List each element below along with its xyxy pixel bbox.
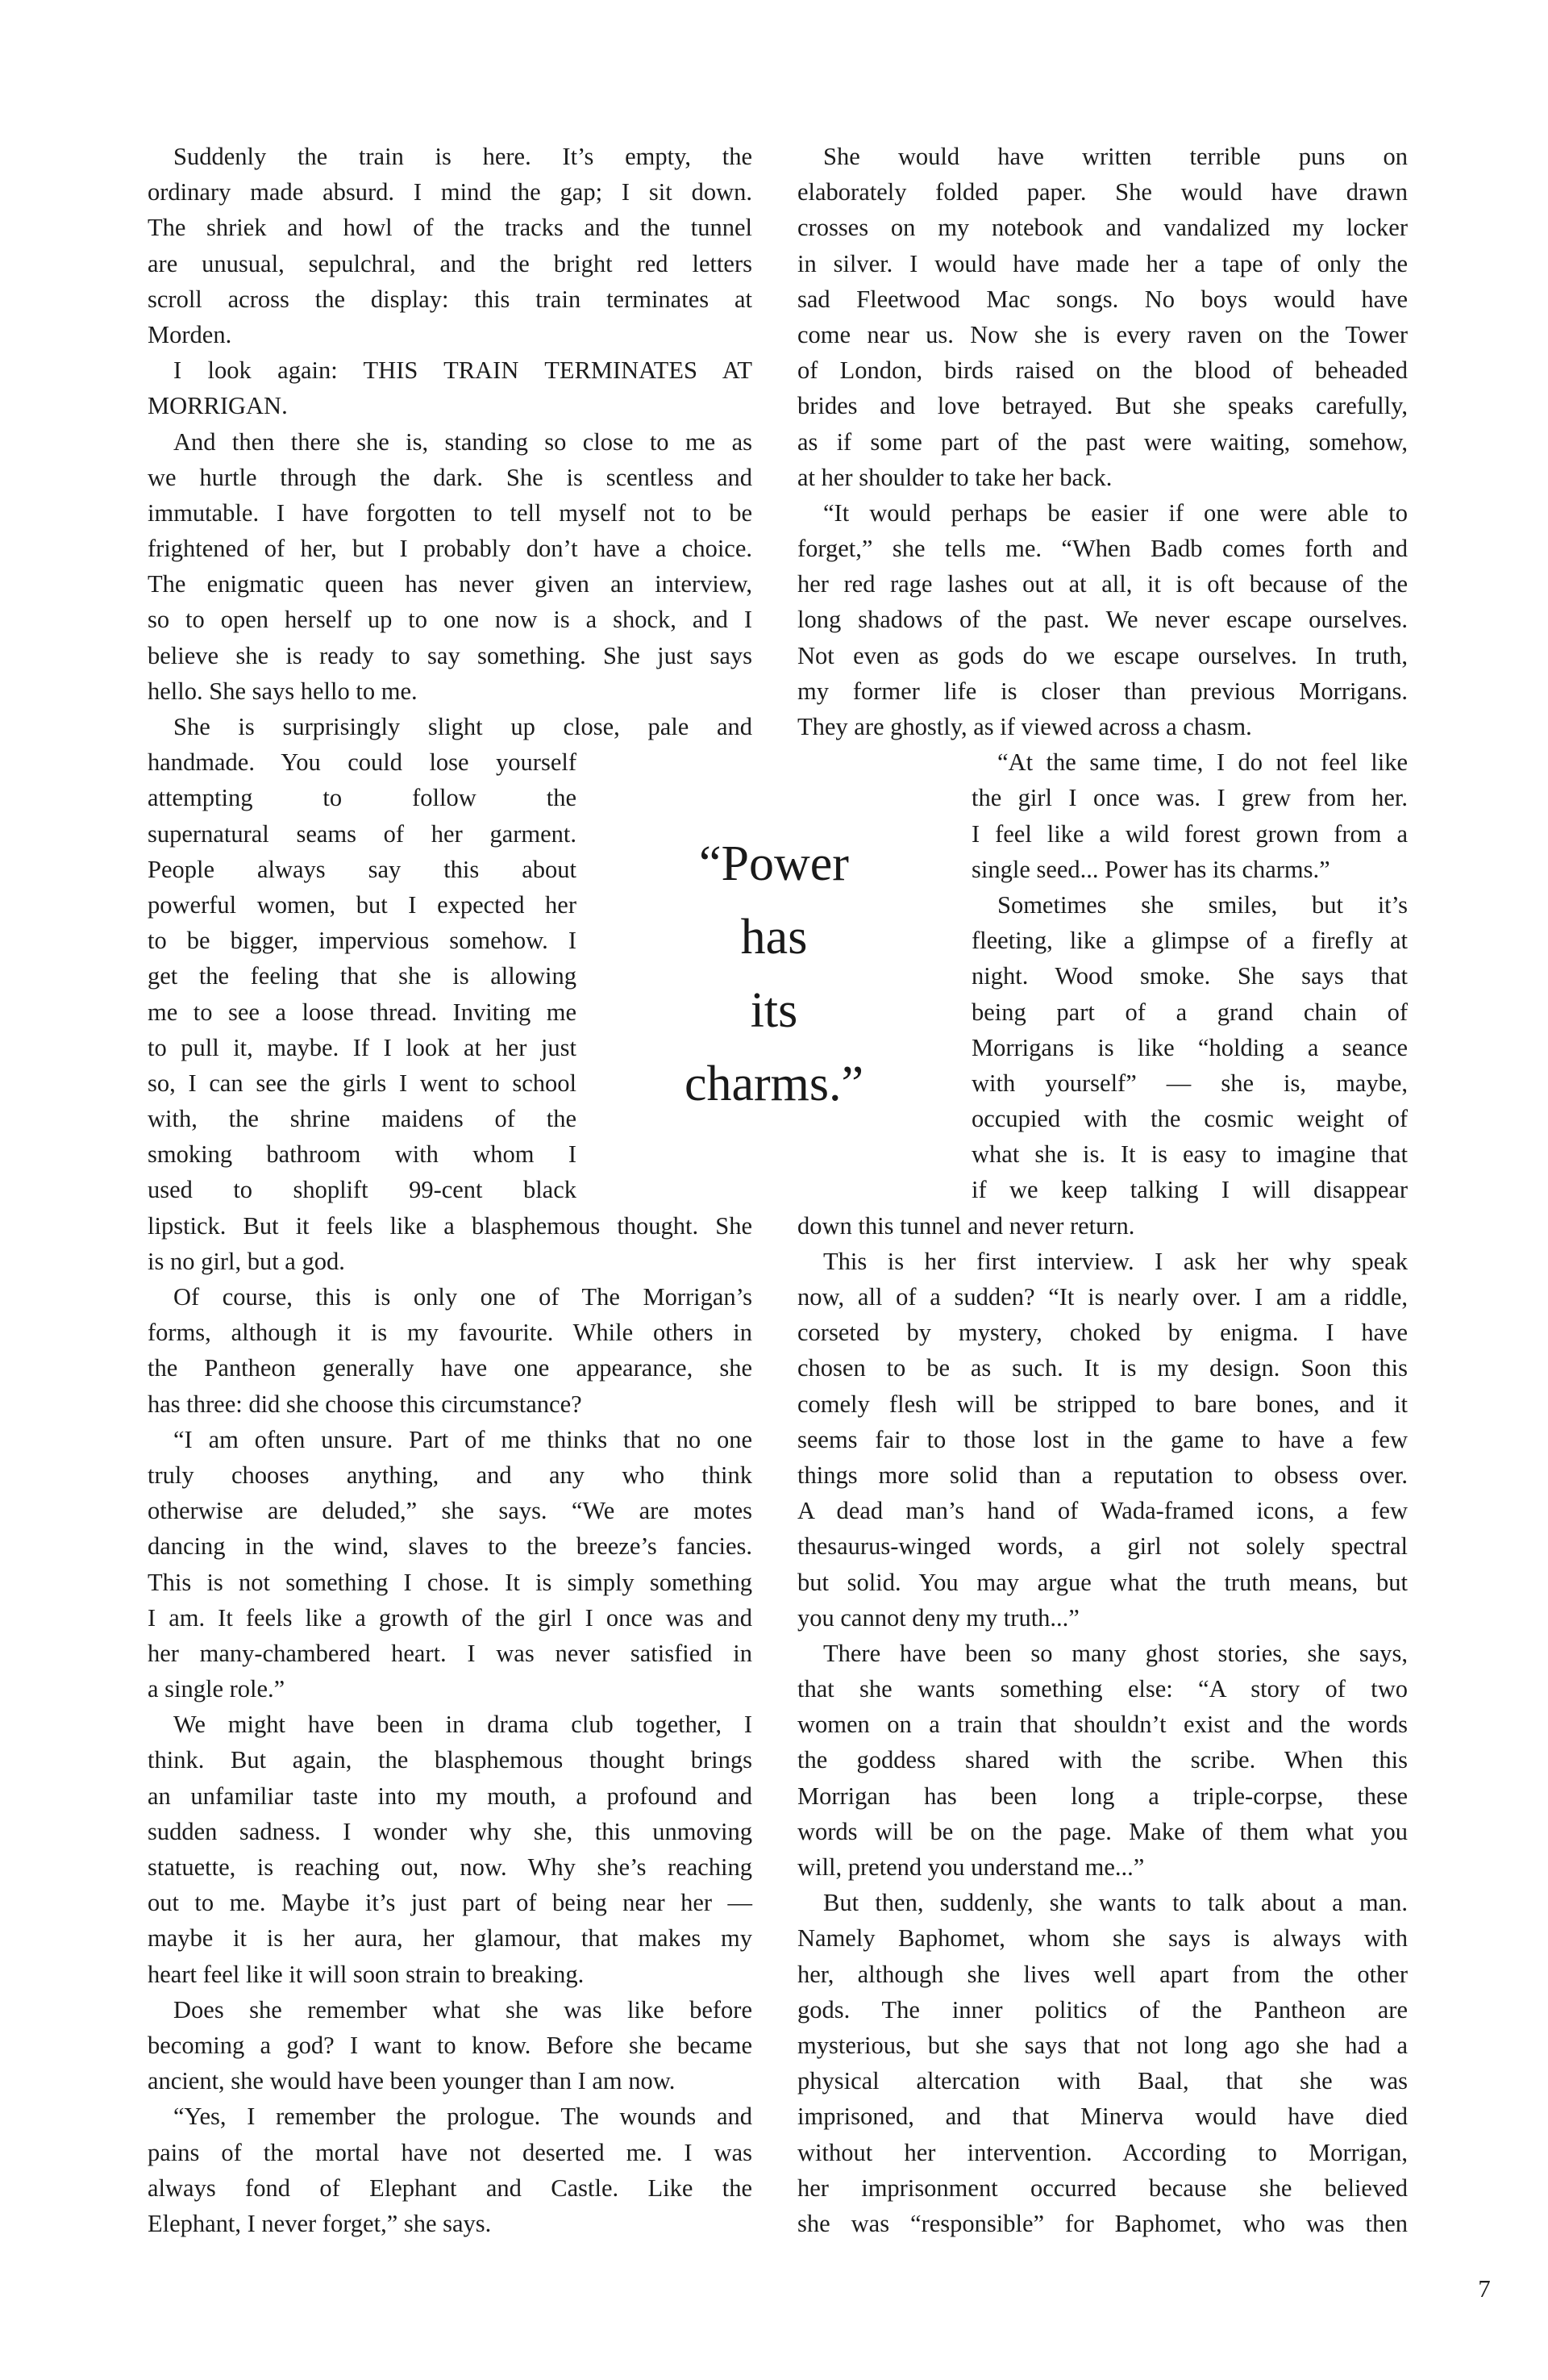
text-line: chosen to be as such. It is my design. S… bbox=[797, 1350, 1408, 1386]
text-line: to be bigger, impervious somehow. I bbox=[148, 923, 576, 958]
text-line: being part of a grand chain of bbox=[972, 994, 1408, 1030]
text-line: handmade. You could lose yourself bbox=[148, 744, 576, 780]
text-line: of London, birds raised on the blood of … bbox=[797, 352, 1408, 388]
text-line: occupied with the cosmic weight of bbox=[972, 1101, 1408, 1136]
text-line: This is her first interview. I ask her w… bbox=[797, 1244, 1408, 1279]
text-line: We might have been in drama club togethe… bbox=[148, 1707, 752, 1742]
text-line: I look again: THIS TRAIN TERMINATES AT bbox=[148, 352, 752, 388]
text-line: has three: did she choose this circumsta… bbox=[148, 1386, 752, 1422]
text-line: is no girl, but a god. bbox=[148, 1244, 752, 1279]
text-line: But then, suddenly, she wants to talk ab… bbox=[797, 1885, 1408, 1920]
text-line: in silver. I would have made her a tape … bbox=[797, 246, 1408, 281]
text-line: fleeting, like a glimpse of a firefly at bbox=[972, 923, 1408, 958]
text-line: dancing in the wind, slaves to the breez… bbox=[148, 1528, 752, 1564]
article-column-right: She would have written terrible puns one… bbox=[797, 139, 1408, 2241]
text-line: Elephant, I never forget,” she says. bbox=[148, 2206, 752, 2241]
text-line: becoming a god? I want to know. Before s… bbox=[148, 2028, 752, 2063]
text-line: maybe it is her aura, her glamour, that … bbox=[148, 1920, 752, 1956]
text-line: ancient, she would have been younger tha… bbox=[148, 2063, 752, 2099]
text-line: if we keep talking I will disappear bbox=[972, 1172, 1408, 1207]
text-line: crosses on my notebook and vandalized my… bbox=[797, 210, 1408, 245]
text-line: her imprisonment occurred because she be… bbox=[797, 2170, 1408, 2206]
text-line: Morrigans is like “holding a seance bbox=[972, 1030, 1408, 1065]
text-line: sad Fleetwood Mac songs. No boys would h… bbox=[797, 281, 1408, 317]
text-line: I am. It feels like a growth of the girl… bbox=[148, 1600, 752, 1636]
text-line: statuette, is reaching out, now. Why she… bbox=[148, 1849, 752, 1885]
text-line: physical altercation with Baal, that she… bbox=[797, 2063, 1408, 2099]
text-line: corseted by mystery, choked by enigma. I… bbox=[797, 1315, 1408, 1350]
text-line: always fond of Elephant and Castle. Like… bbox=[148, 2170, 752, 2206]
text-line: seems fair to those lost in the game to … bbox=[797, 1422, 1408, 1457]
text-line: my former life is closer than previous M… bbox=[797, 673, 1408, 709]
text-line: to pull it, maybe. If I look at her just bbox=[148, 1030, 576, 1065]
text-line: imprisoned, and that Minerva would have … bbox=[797, 2099, 1408, 2134]
text-line: will, pretend you understand me...” bbox=[797, 1849, 1408, 1885]
text-line: get the feeling that she is allowing bbox=[148, 958, 576, 994]
text-line: Namely Baphomet, whom she says is always… bbox=[797, 1920, 1408, 1956]
text-line: believe she is ready to say something. S… bbox=[148, 638, 752, 673]
text-line: an unfamiliar taste into my mouth, a pro… bbox=[148, 1778, 752, 1814]
text-line: sudden sadness. I wonder why she, this u… bbox=[148, 1814, 752, 1849]
text-line: They are ghostly, as if viewed across a … bbox=[797, 709, 1408, 744]
text-line: The shriek and howl of the tracks and th… bbox=[148, 210, 752, 245]
text-line: truly chooses anything, and any who thin… bbox=[148, 1457, 752, 1493]
text-line: brides and love betrayed. But she speaks… bbox=[797, 388, 1408, 423]
text-line: This is not something I chose. It is sim… bbox=[148, 1565, 752, 1600]
text-line: And then there she is, standing so close… bbox=[148, 424, 752, 460]
text-line: single seed... Power has its charms.” bbox=[972, 852, 1408, 887]
text-line: Does she remember what she was like befo… bbox=[148, 1992, 752, 2028]
article-column-left: Suddenly the train is here. It’s empty, … bbox=[148, 139, 752, 2241]
text-line: mysterious, but she says that not long a… bbox=[797, 2028, 1408, 2063]
text-line: at her shoulder to take her back. bbox=[797, 460, 1408, 495]
text-line: the Pantheon generally have one appearan… bbox=[148, 1350, 752, 1386]
text-line: are unusual, sepulchral, and the bright … bbox=[148, 246, 752, 281]
text-line: Morrigan has been long a triple-corpse, … bbox=[797, 1778, 1408, 1814]
text-line: we hurtle through the dark. She is scent… bbox=[148, 460, 752, 495]
text-line: smoking bathroom with whom I bbox=[148, 1136, 576, 1172]
text-line: scroll across the display: this train te… bbox=[148, 281, 752, 317]
text-line: her many-chambered heart. I was never sa… bbox=[148, 1636, 752, 1671]
text-line: so, I can see the girls I went to school bbox=[148, 1065, 576, 1101]
text-line: a single role.” bbox=[148, 1671, 752, 1707]
text-line: things more solid than a reputation to o… bbox=[797, 1457, 1408, 1493]
text-line: but solid. You may argue what the truth … bbox=[797, 1565, 1408, 1600]
text-line: “At the same time, I do not feel like bbox=[972, 744, 1408, 780]
text-line: used to shoplift 99-cent black bbox=[148, 1172, 576, 1207]
text-line: her red rage lashes out at all, it is of… bbox=[797, 566, 1408, 602]
text-line: you cannot deny my truth...” bbox=[797, 1600, 1408, 1636]
text-line: frightened of her, but I probably don’t … bbox=[148, 531, 752, 566]
text-line: forms, although it is my favourite. Whil… bbox=[148, 1315, 752, 1350]
text-line: attempting to follow the bbox=[148, 780, 576, 815]
text-line: I feel like a wild forest grown from a bbox=[972, 816, 1408, 852]
text-line: supernatural seams of her garment. bbox=[148, 816, 576, 852]
text-line: night. Wood smoke. She says that bbox=[972, 958, 1408, 994]
text-line: comely flesh will be stripped to bare bo… bbox=[797, 1386, 1408, 1422]
text-line: without her intervention. According to M… bbox=[797, 2135, 1408, 2170]
text-line: she was “responsible” for Baphomet, who … bbox=[797, 2206, 1408, 2241]
text-line: Of course, this is only one of The Morri… bbox=[148, 1279, 752, 1315]
text-line: words will be on the page. Make of them … bbox=[797, 1814, 1408, 1849]
text-line: gods. The inner politics of the Pantheon… bbox=[797, 1992, 1408, 2028]
text-line: The enigmatic queen has never given an i… bbox=[148, 566, 752, 602]
text-line: ordinary made absurd. I mind the gap; I … bbox=[148, 174, 752, 210]
text-line: Morden. bbox=[148, 317, 752, 352]
text-line: women on a train that shouldn’t exist an… bbox=[797, 1707, 1408, 1742]
text-line: People always say this about bbox=[148, 852, 576, 887]
text-line: down this tunnel and never return. bbox=[797, 1208, 1408, 1244]
text-line: come near us. Now she is every raven on … bbox=[797, 317, 1408, 352]
text-line: as if some part of the past were waiting… bbox=[797, 424, 1408, 460]
text-line: Suddenly the train is here. It’s empty, … bbox=[148, 139, 752, 174]
text-line: heart feel like it will soon strain to b… bbox=[148, 1957, 752, 1992]
text-line: thesaurus-winged words, a girl not solel… bbox=[797, 1528, 1408, 1564]
text-line: with yourself” — she is, maybe, bbox=[972, 1065, 1408, 1101]
text-line: There have been so many ghost stories, s… bbox=[797, 1636, 1408, 1671]
page-number: 7 bbox=[1472, 2273, 1496, 2305]
magazine-page: Suddenly the train is here. It’s empty, … bbox=[0, 0, 1548, 2380]
text-line: her, although she lives well apart from … bbox=[797, 1957, 1408, 1992]
text-line: immutable. I have forgotten to tell myse… bbox=[148, 495, 752, 531]
text-line: forget,” she tells me. “When Badb comes … bbox=[797, 531, 1408, 566]
text-line: MORRIGAN. bbox=[148, 388, 752, 423]
text-line: “It would perhaps be easier if one were … bbox=[797, 495, 1408, 531]
text-line: out to me. Maybe it’s just part of being… bbox=[148, 1885, 752, 1920]
text-line: long shadows of the past. We never escap… bbox=[797, 602, 1408, 637]
text-line: Sometimes she smiles, but it’s bbox=[972, 887, 1408, 923]
text-line: the girl I once was. I grew from her. bbox=[972, 780, 1408, 815]
text-line: “I am often unsure. Part of me thinks th… bbox=[148, 1422, 752, 1457]
text-line: think. But again, the blasphemous though… bbox=[148, 1742, 752, 1778]
text-line: me to see a loose thread. Inviting me bbox=[148, 994, 576, 1030]
text-line: Not even as gods do we escape ourselves.… bbox=[797, 638, 1408, 673]
text-line: A dead man’s hand of Wada-framed icons, … bbox=[797, 1493, 1408, 1528]
text-line: the goddess shared with the scribe. When… bbox=[797, 1742, 1408, 1778]
text-line: powerful women, but I expected her bbox=[148, 887, 576, 923]
text-line: hello. She says hello to me. bbox=[148, 673, 752, 709]
text-line: She is surprisingly slight up close, pal… bbox=[148, 709, 752, 744]
text-line: otherwise are deluded,” she says. “We ar… bbox=[148, 1493, 752, 1528]
text-line: that she wants something else: “A story … bbox=[797, 1671, 1408, 1707]
text-line: now, all of a sudden? “It is nearly over… bbox=[797, 1279, 1408, 1315]
text-line: She would have written terrible puns on bbox=[797, 139, 1408, 174]
text-line: pains of the mortal have not deserted me… bbox=[148, 2135, 752, 2170]
text-line: what she is. It is easy to imagine that bbox=[972, 1136, 1408, 1172]
text-line: so to open herself up to one now is a sh… bbox=[148, 602, 752, 637]
text-line: lipstick. But it feels like a blasphemou… bbox=[148, 1208, 752, 1244]
text-line: “Yes, I remember the prologue. The wound… bbox=[148, 2099, 752, 2134]
text-line: elaborately folded paper. She would have… bbox=[797, 174, 1408, 210]
text-line: with, the shrine maidens of the bbox=[148, 1101, 576, 1136]
